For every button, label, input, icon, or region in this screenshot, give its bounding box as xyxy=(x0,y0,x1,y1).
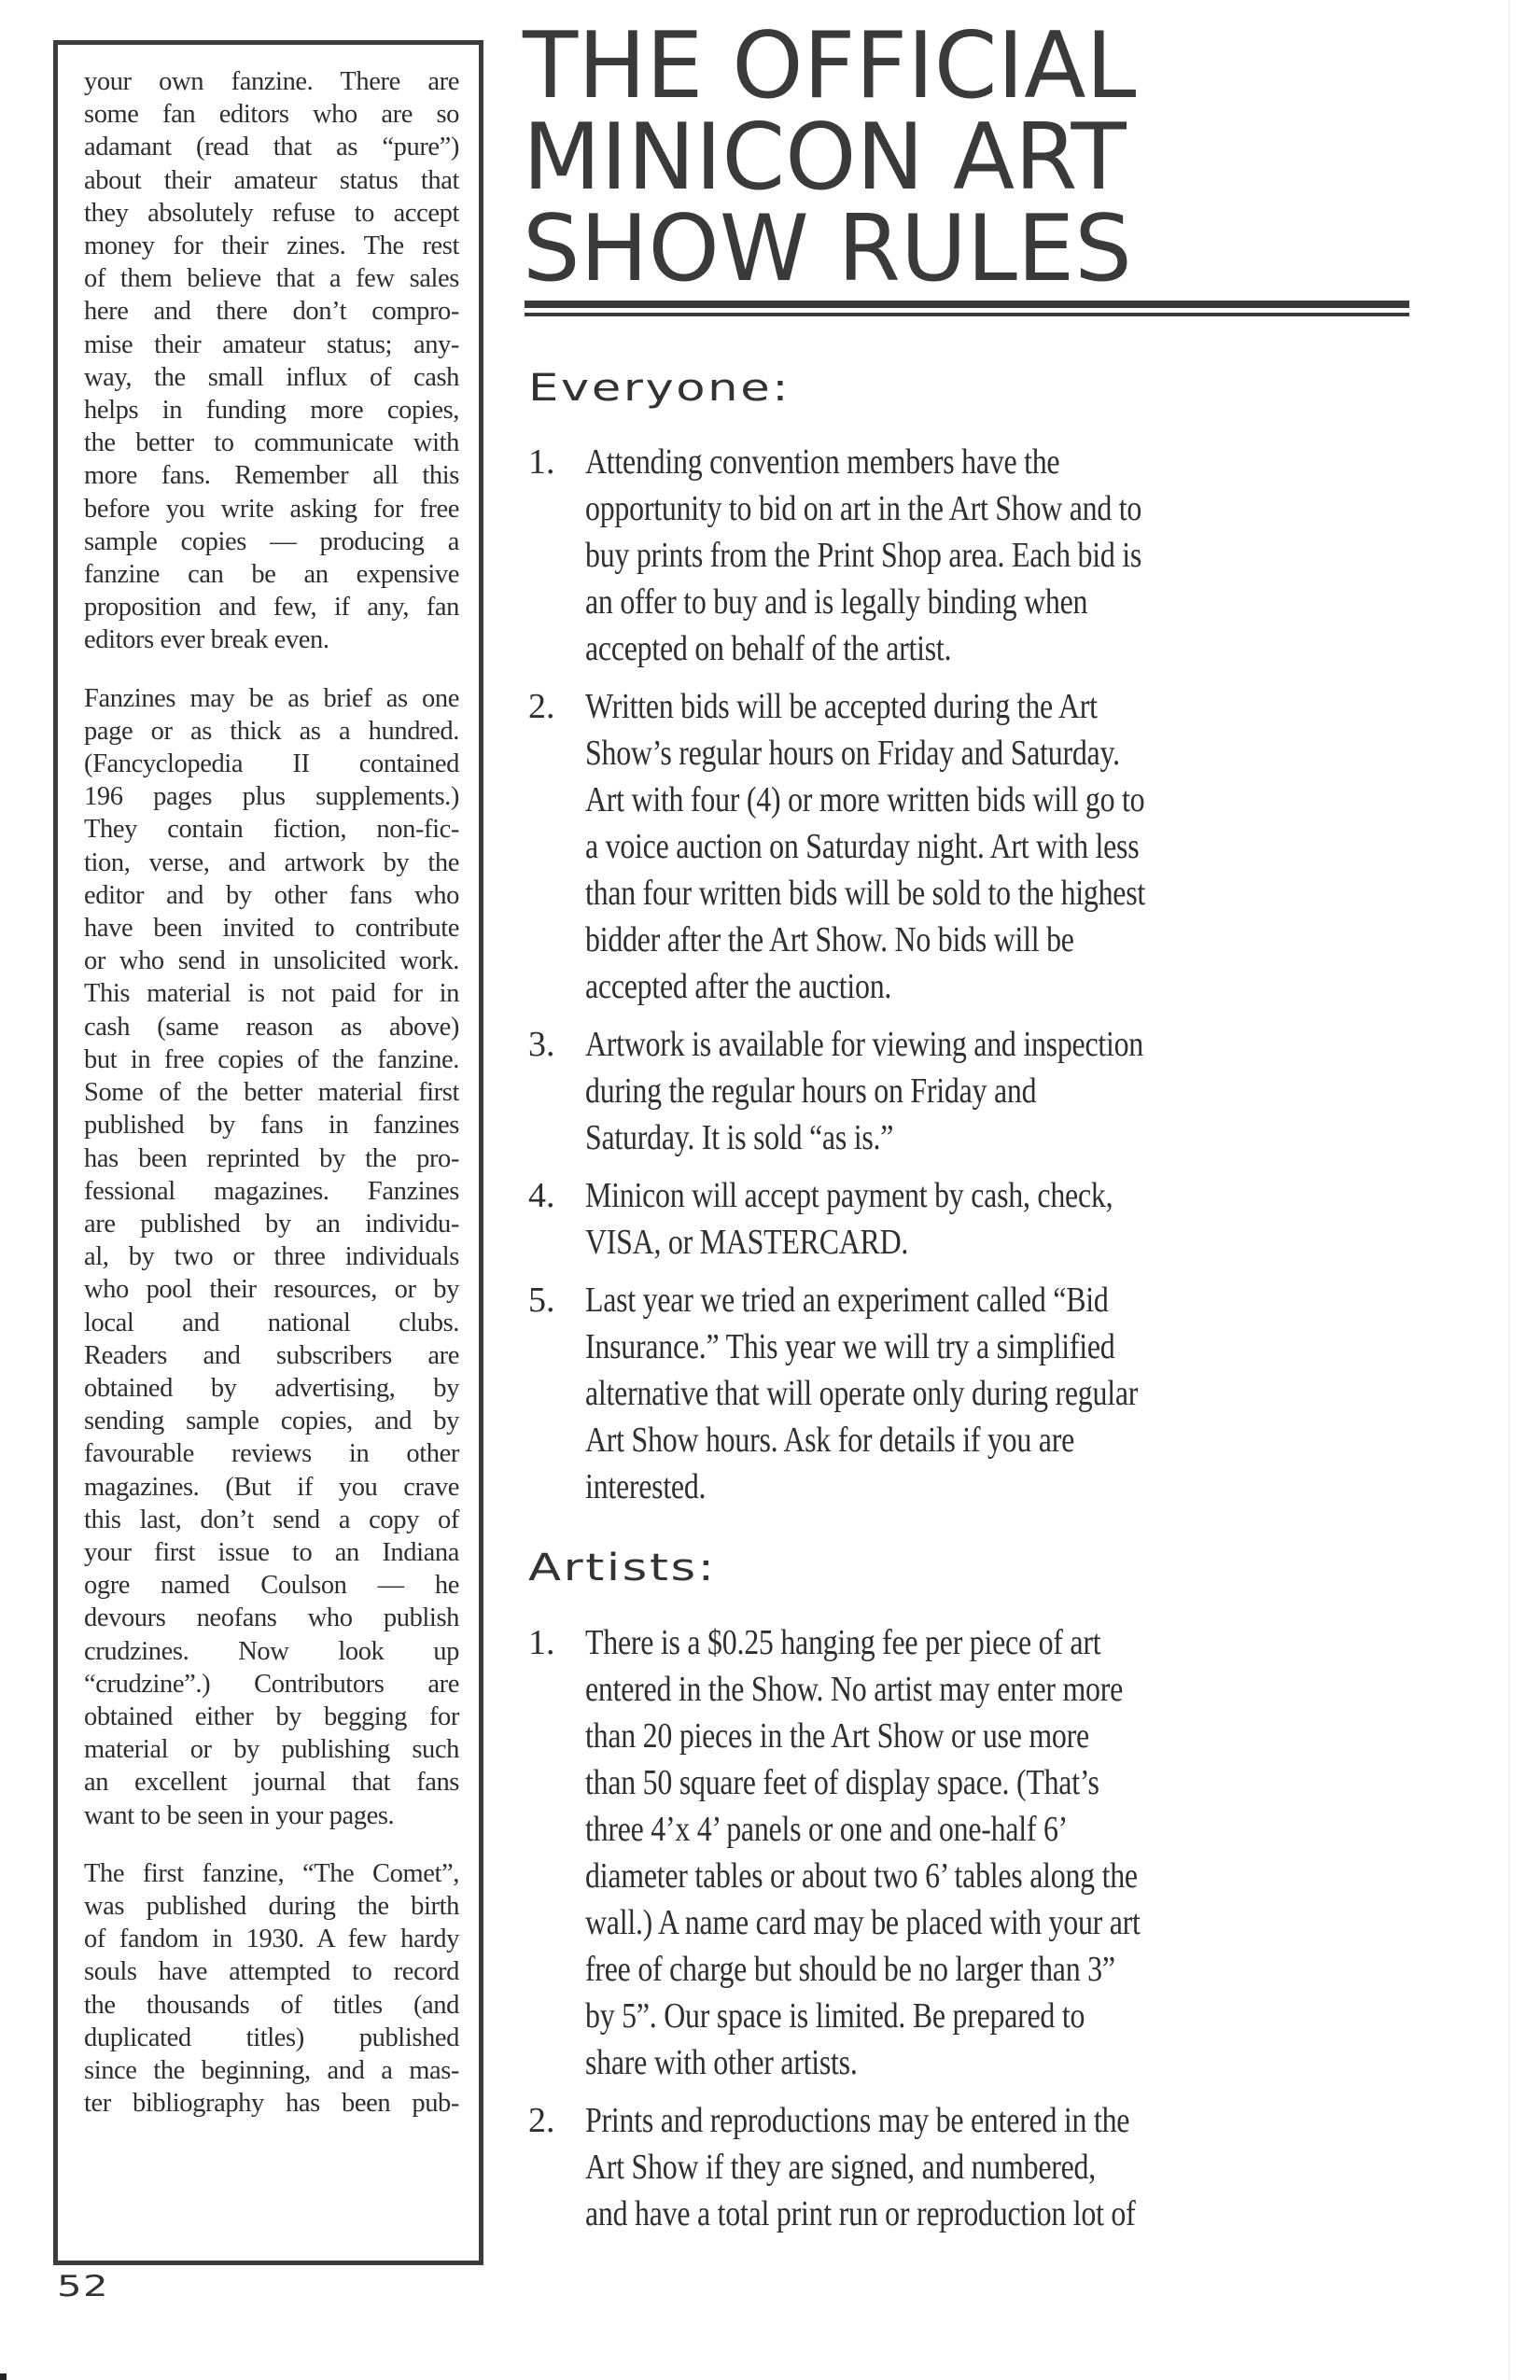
sidebar-line: adamant (read that as “pure”) xyxy=(84,131,459,163)
rule-number: 2. xyxy=(528,2097,555,2144)
sidebar-line: more fans. Remember all this xyxy=(84,459,459,492)
rule-text-line: buy prints from the Print Shop area. Eac… xyxy=(585,532,1290,579)
rule-number: 4. xyxy=(528,1172,555,1219)
rules-list-artists: 1.There is a $0.25 hanging fee per piece… xyxy=(528,1619,1424,2248)
rule-text-line: than 50 square feet of display space. (T… xyxy=(585,1759,1290,1806)
sidebar-line: before you write asking for free xyxy=(84,493,459,525)
rule-text-line: than 20 pieces in the Art Show or use mo… xyxy=(585,1713,1290,1759)
rule-item: 3.Artwork is available for viewing and i… xyxy=(528,1021,1424,1161)
section-heading-everyone: Everyone: xyxy=(528,366,791,411)
sidebar-paragraph: Fanzines may be as brief as onepage or a… xyxy=(84,682,459,1832)
rule-number: 2. xyxy=(528,683,555,730)
page-edge xyxy=(1508,0,1510,2380)
rule-text-line: Art with four (4) or more written bids w… xyxy=(585,777,1290,823)
sidebar-line: “crudzine”.) Contributors are xyxy=(84,1668,459,1701)
rule-text-line: alternative that will operate only durin… xyxy=(585,1370,1290,1417)
rule-text-line: Saturday. It is sold “as is.” xyxy=(585,1114,1290,1161)
sidebar-line: Readers and subscribers are xyxy=(84,1339,459,1372)
sidebar-line: favourable reviews in other xyxy=(84,1437,459,1470)
sidebar-line: editors ever break even. xyxy=(84,623,459,656)
rule-text-line: Show’s regular hours on Friday and Satur… xyxy=(585,730,1290,777)
rule-text-line: than four written bids will be sold to t… xyxy=(585,870,1290,917)
sidebar-line: here and there don’t compro- xyxy=(84,295,459,328)
sidebar-line: ogre named Coulson — he xyxy=(84,1569,459,1602)
rule-text-line: a voice auction on Saturday night. Art w… xyxy=(585,823,1290,870)
rule-item: 2.Written bids will be accepted during t… xyxy=(528,683,1424,1010)
sidebar-line: obtained by advertising, by xyxy=(84,1372,459,1405)
title-line-3: SHOW RULES xyxy=(523,203,1409,295)
sidebar-line: but in free copies of the fanzine. xyxy=(84,1043,459,1076)
rule-text-line: an offer to buy and is legally binding w… xyxy=(585,579,1290,625)
rule-text-line: free of charge but should be no larger t… xyxy=(585,1946,1290,1993)
rule-item: 1.There is a $0.25 hanging fee per piece… xyxy=(528,1619,1424,2086)
rule-text-line: accepted on behalf of the artist. xyxy=(585,625,1290,672)
sidebar-line: This material is not paid for in xyxy=(84,977,459,1010)
rule-text-line: interested. xyxy=(585,1463,1290,1510)
rules-list-everyone: 1.Attending convention members have theo… xyxy=(528,439,1424,1521)
rule-text-line: Art Show if they are signed, and numbere… xyxy=(585,2144,1290,2191)
rule-text-line: Minicon will accept payment by cash, che… xyxy=(585,1172,1290,1219)
rule-text-line: entered in the Show. No artist may enter… xyxy=(585,1666,1290,1713)
sidebar-line: the thousands of titles (and xyxy=(84,1989,459,2022)
sidebar-line: way, the small influx of cash xyxy=(84,361,459,394)
rule-text-line: There is a $0.25 hanging fee per piece o… xyxy=(585,1619,1290,1666)
sidebar-line: about their amateur status that xyxy=(84,164,459,197)
rule-text-line: Attending convention members have the xyxy=(585,439,1290,485)
sidebar-line: al, by two or three individuals xyxy=(84,1240,459,1273)
sidebar-line: helps in funding more copies, xyxy=(84,394,459,427)
sidebar-line: your first issue to an Indiana xyxy=(84,1536,459,1569)
rule-number: 5. xyxy=(528,1277,555,1323)
rule-number: 1. xyxy=(528,1619,555,1666)
rule-text-line: Art Show hours. Ask for details if you a… xyxy=(585,1417,1290,1463)
sidebar-box: your own fanzine. There aresome fan edit… xyxy=(53,40,483,2265)
sidebar-line: magazines. (But if you crave xyxy=(84,1471,459,1504)
sidebar-line: your own fanzine. There are xyxy=(84,65,459,98)
sidebar-line: ter bibliography has been pub- xyxy=(84,2087,459,2120)
sidebar-line: some fan editors who are so xyxy=(84,98,459,131)
sidebar-line: cash (same reason as above) xyxy=(84,1011,459,1043)
sidebar-line: want to be seen in your pages. xyxy=(84,1799,459,1832)
rule-text-line: opportunity to bid on art in the Art Sho… xyxy=(585,485,1290,532)
rule-text-line: wall.) A name card may be placed with yo… xyxy=(585,1899,1290,1946)
rule-text-line: by 5”. Our space is limited. Be prepared… xyxy=(585,1993,1290,2039)
sidebar-line: crudzines. Now look up xyxy=(84,1635,459,1668)
sidebar-line: proposition and few, if any, fan xyxy=(84,591,459,623)
sidebar-line: (Fancyclopedia II contained xyxy=(84,748,459,780)
sidebar-line: who pool their resources, or by xyxy=(84,1273,459,1306)
sidebar-line: fessional magazines. Fanzines xyxy=(84,1175,459,1208)
sidebar-line: editor and by other fans who xyxy=(84,879,459,912)
rule-text-line: Last year we tried an experiment called … xyxy=(585,1277,1290,1323)
page-number: 52 xyxy=(57,2270,109,2303)
sidebar-line: of them believe that a few sales xyxy=(84,262,459,295)
rule-item: 1.Attending convention members have theo… xyxy=(528,439,1424,672)
rule-text-line: and have a total print run or reproducti… xyxy=(585,2191,1290,2237)
rule-text-line: three 4’x 4’ panels or one and one-half … xyxy=(585,1806,1290,1853)
sidebar-line: money for their zines. The rest xyxy=(84,230,459,262)
rule-text-line: Prints and reproductions may be entered … xyxy=(585,2097,1290,2144)
sidebar-line: devours neofans who publish xyxy=(84,1602,459,1634)
sidebar-line: or who send in unsolicited work. xyxy=(84,945,459,977)
rule-text-line: share with other artists. xyxy=(585,2039,1290,2086)
rule-number: 3. xyxy=(528,1021,555,1068)
rule-item: 2.Prints and reproductions may be entere… xyxy=(528,2097,1424,2237)
sidebar-line: Fanzines may be as brief as one xyxy=(84,682,459,715)
rule-item: 4.Minicon will accept payment by cash, c… xyxy=(528,1172,1424,1266)
sidebar-line: fanzine can be an expensive xyxy=(84,558,459,591)
sidebar-line: 196 pages plus supplements.) xyxy=(84,780,459,813)
rule-text-line: accepted after the auction. xyxy=(585,963,1290,1010)
sidebar-line: duplicated titles) published xyxy=(84,2022,459,2054)
rule-text-line: bidder after the Art Show. No bids will … xyxy=(585,917,1290,963)
scan-corner-mark xyxy=(0,2373,7,2380)
title-rule-thin xyxy=(525,313,1409,316)
sidebar-line: they absolutely refuse to accept xyxy=(84,197,459,230)
title-line-2: MINICON ART xyxy=(523,112,1409,203)
sidebar-line: They contain fiction, non-fic- xyxy=(84,813,459,846)
sidebar-line: souls have attempted to record xyxy=(84,1955,459,1988)
rule-text-line: Written bids will be accepted during the… xyxy=(585,683,1290,730)
sidebar-line: an excellent journal that fans xyxy=(84,1766,459,1799)
sidebar-line: this last, don’t send a copy of xyxy=(84,1504,459,1536)
sidebar-line: of fandom in 1930. A few hardy xyxy=(84,1923,459,1955)
sidebar-paragraph: your own fanzine. There aresome fan edit… xyxy=(84,65,459,657)
sidebar-line: sending sample copies, and by xyxy=(84,1405,459,1437)
rule-item: 5.Last year we tried an experiment calle… xyxy=(528,1277,1424,1510)
sidebar-line: sample copies — producing a xyxy=(84,525,459,558)
sidebar-line: material or by publishing such xyxy=(84,1733,459,1766)
rule-number: 1. xyxy=(528,439,555,485)
rule-text-line: VISA, or MASTERCARD. xyxy=(585,1219,1290,1266)
rule-text-line: diameter tables or about two 6’ tables a… xyxy=(585,1853,1290,1899)
sidebar-line: The first fanzine, “The Comet”, xyxy=(84,1857,459,1890)
rule-text-line: during the regular hours on Friday and xyxy=(585,1068,1290,1114)
sidebar-line: are published by an individu- xyxy=(84,1208,459,1240)
sidebar-line: mise their amateur status; any- xyxy=(84,329,459,361)
title-line-1: THE OFFICIAL xyxy=(523,21,1409,112)
sidebar-line: published by fans in fanzines xyxy=(84,1109,459,1141)
page-title: THE OFFICIAL MINICON ART SHOW RULES xyxy=(523,21,1419,295)
sidebar-line: page or as thick as a hundred. xyxy=(84,715,459,748)
rule-text-line: Artwork is available for viewing and ins… xyxy=(585,1021,1290,1068)
sidebar-paragraph: The first fanzine, “The Comet”,was publi… xyxy=(84,1857,459,2121)
rule-text-line: Insurance.” This year we will try a simp… xyxy=(585,1323,1290,1370)
section-heading-artists: Artists: xyxy=(528,1546,717,1590)
sidebar-line: the better to communicate with xyxy=(84,427,459,459)
sidebar-line: obtained either by begging for xyxy=(84,1701,459,1733)
sidebar-line: has been reprinted by the pro- xyxy=(84,1142,459,1175)
sidebar-line: was published during the birth xyxy=(84,1890,459,1923)
sidebar-text: your own fanzine. There aresome fan edit… xyxy=(84,65,459,2145)
sidebar-line: have been invited to contribute xyxy=(84,912,459,945)
sidebar-line: Some of the better material first xyxy=(84,1076,459,1109)
sidebar-line: since the beginning, and a mas- xyxy=(84,2054,459,2087)
sidebar-line: tion, verse, and artwork by the xyxy=(84,847,459,879)
sidebar-line: local and national clubs. xyxy=(84,1307,459,1339)
title-rule-thick xyxy=(525,301,1409,308)
